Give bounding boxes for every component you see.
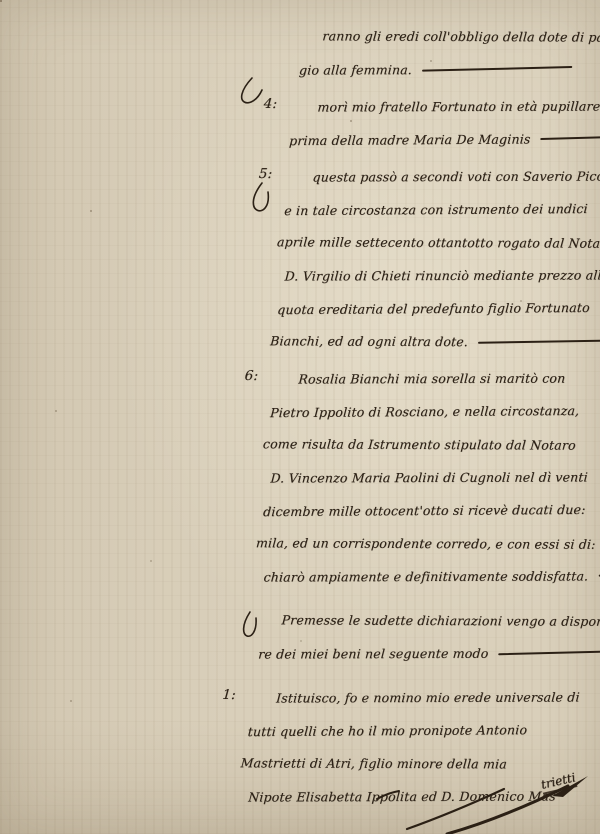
text-line: Rosalia Bianchi mia sorella si maritò co… (297, 361, 599, 395)
text-line: prima della madre Maria De Maginis (288, 122, 600, 157)
text-line-content: Istituisco, fo e nomino mio erede univer… (276, 689, 581, 705)
text-line: Nipote Elisabetta Ippolita ed D. Domenic… (247, 779, 570, 813)
text-line: gio alla femmina. (298, 52, 600, 86)
item-number: 1: (222, 687, 237, 703)
text-line-content: questa passò a secondi voti con Saverio … (312, 168, 600, 184)
text-line-content: aprile mille settecento ottantotto rogat… (277, 234, 600, 250)
text-line: D. Vincenzo Maria Paolini di Cugnoli nel… (269, 460, 592, 494)
text-line: dicembre mille ottocent'otto si ricevè d… (262, 493, 590, 528)
text-line-content: Mastrietti di Atri, figlio minore della … (240, 755, 507, 771)
item-number: 5: (258, 166, 273, 182)
text-line-content: mila, ed un corrispondente corredo, e co… (255, 535, 596, 551)
text-line-content: Nipote Elisabetta Ippolita ed D. Domenic… (248, 788, 557, 804)
text-line: D. Virgilio di Chieti rinunciò mediante … (284, 258, 600, 292)
text-line-content: re dei miei beni nel seguente modo (258, 646, 489, 662)
text-line-content: D. Vincenzo Maria Paolini di Cugnoli nel… (270, 469, 588, 485)
text-line-content: morì mio fratello Fortunato in età pupil… (317, 98, 600, 114)
paragraph: 1:Istituisco, fo e nomino mio erede univ… (212, 681, 577, 813)
text-line: come risulta da Istrumento stipulato dal… (262, 427, 595, 461)
text-line-content: dicembre mille ottocent'otto si ricevè d… (263, 502, 586, 519)
paper-specks (0, 0, 2, 2)
text-line: Mastrietti di Atri, figlio minore della … (239, 746, 572, 780)
text-line: chiarò ampiamente e definitivamente sodd… (263, 559, 586, 593)
text-line: Pietro Ippolito di Rosciano, e nella cir… (269, 394, 597, 429)
quill-rule (541, 136, 600, 140)
text-line: quota ereditaria del predefunto figlio F… (276, 291, 600, 326)
text-line: aprile mille settecento ottantotto rogat… (276, 225, 600, 259)
text-line: re dei miei beni nel seguente modo (257, 636, 580, 670)
text-line-content: gio alla femmina. (299, 62, 413, 77)
text-line-content: quota ereditaria del predefunto figlio F… (277, 300, 590, 317)
text-line-content: e in tale circostanza con istrumento dei… (284, 201, 588, 218)
paragraph: 4:morì mio fratello Fortunato in età pup… (258, 90, 600, 156)
manuscript-text: ranno gli eredi coll'obbligo della dote … (212, 16, 600, 813)
text-line-content: prima della madre Maria De Maginis (289, 131, 531, 148)
text-line: Bianchi, ed ad ogni altra dote. (269, 324, 600, 358)
text-line-content: come risulta da Istrumento stipulato dal… (262, 436, 576, 452)
text-line: tutti quelli che ho il mio pronipote Ant… (247, 713, 575, 748)
paragraph: 6:Rosalia Bianchi mia sorella si maritò … (228, 362, 600, 593)
text-line: Istituisco, fo e nomino mio erede univer… (275, 680, 577, 714)
text-line-content: ranno gli eredi coll'obbligo della dote … (322, 28, 600, 44)
text-line-content: Rosalia Bianchi mia sorella si maritò co… (298, 371, 566, 387)
text-line-content: tutti quelli che ho il mio pronipote Ant… (247, 722, 527, 739)
text-line: Premesse le sudette dichiarazioni vengo … (280, 603, 582, 637)
text-line-content: D. Virgilio di Chieti rinunciò mediante … (284, 267, 600, 283)
text-line: mila, ed un corrispondente corredo, e co… (255, 526, 588, 560)
text-line-content: Premesse le sudette dichiarazioni vengo … (281, 612, 600, 628)
quill-rule (422, 66, 572, 72)
text-line-content: Bianchi, ed ad ogni altra dote. (270, 333, 469, 349)
item-number: 6: (244, 368, 259, 384)
text-line: ranno gli eredi coll'obbligo della dote … (321, 19, 600, 53)
item-number: 4: (263, 96, 278, 112)
text-line-content: Pietro Ippolito di Rosciano, e nella cir… (270, 403, 580, 420)
text-line: questa passò a secondi voti con Saverio … (312, 159, 600, 193)
paragraph: ranno gli eredi coll'obbligo della dote … (263, 20, 600, 86)
paragraph: Premesse le sudette dichiarazioni vengo … (222, 604, 583, 670)
text-line: morì mio fratello Fortunato in età pupil… (316, 89, 600, 123)
text-line: e in tale circostanza con istrumento dei… (283, 192, 600, 227)
quill-rule (478, 339, 600, 343)
paragraph: 5:questa passò a secondi voti con Saveri… (244, 160, 600, 358)
text-line-content: chiarò ampiamente e definitivamente sodd… (263, 568, 589, 584)
